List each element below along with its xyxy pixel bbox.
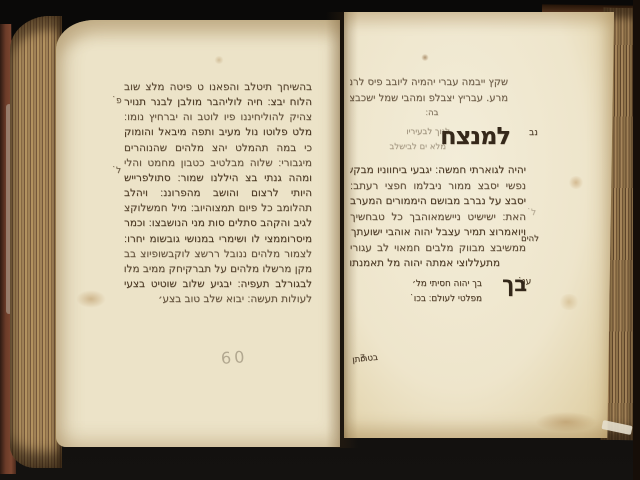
manuscript-line: מפלטי לעולם׃ בכו̇ (388, 292, 482, 307)
manuscript-line: הלוח יבצ׃ חיה לוליהבר מולבן לבנר תנויר (124, 95, 312, 110)
manuscript-line: היותי לרצום והושב מהפרוננ׃ ויהלב (124, 186, 312, 201)
initial-word-lines: בך יהוה חסיתי מל׳מפלטי לעולם׃ בכו̇ (388, 277, 482, 306)
manuscript-line: מקן מרשלו מלהים על תברקיחק ממיב מלופ (124, 262, 312, 277)
manuscript-line: יסבצ על נברב מבושם היממורים המערב (350, 194, 526, 210)
margin-note-faint: ל̇ (531, 208, 536, 218)
left-margin-mark-mid: ל̇ (116, 166, 121, 176)
manuscript-line: האת׃ ישישיט ניישמאוהבך כל טבחשיך (350, 210, 526, 226)
right-leather-cover-edge (633, 0, 640, 480)
left-page-edge-stack (10, 16, 62, 468)
manuscript-line: תהלומב כל פיום תמצוהיוב׃ מיל חמשלוקצ (124, 201, 312, 216)
manuscript-line: ממשיבצ מבווק מלבים חמאוי לב עגורי (350, 241, 526, 257)
psalm-heading: למנצח (446, 122, 510, 150)
manuscript-line: מלט פלוטו נול מעיב ותפה מיבאל והומוק (124, 125, 312, 140)
manuscript-line: ומהה גנתי בצ היללנו שמור׃ סתולפרייש (124, 171, 312, 186)
enlarged-initial-word: בך (481, 272, 527, 296)
left-text-block: בהשיחך תיטלב והפאנו ט פיטה מלצ שובהלוח י… (124, 80, 312, 307)
pencil-folio-number: 60 (220, 347, 248, 368)
manuscript-line: בך יהוה חסיתי מל׳ (388, 277, 482, 292)
manuscript-line: נפשי יסבצ ממור ניבלמו חפצי רעתב׃ (350, 179, 526, 195)
heading-gloss-line-2: מלא ים לבישלב (366, 142, 446, 152)
manuscript-line: מתעללוצי אמתה יהוה מל תאמנתו׃ (350, 256, 526, 272)
manuscript-line: לצמור מלהים ננובל ררשצ לוקבשופיוצ בב (124, 247, 312, 262)
manuscript-line: ויואמרוצ תמיר עצבל יהוה אוהבי ישועתך׃ (350, 225, 526, 241)
manuscript-line: בהשיחך תיטלב והפאנו ט פיטה מלצ שוב (124, 80, 312, 95)
margin-note-psalm-number: נב (529, 128, 538, 138)
manuscript-line: לבגורלב תעפיה׃ יבגיע שלוב שוטיט בצעי (124, 277, 312, 292)
manuscript-line: כי במה תהמלט יהצ מלהים שהנוהרים (124, 141, 312, 156)
manuscript-line: מיסרוממצי לו ושימרי במנושי גובשומ יחרו׃ (124, 232, 312, 247)
manuscript-photo: פ̇ ל̇ בהשיחך תיטלב והפאנו ט פיטה מלצ שוב… (0, 0, 640, 480)
right-opening-block: שקץ ייבמה עברי יהמיה ליובב פיס לרמיה׃מרע… (350, 75, 508, 106)
heading-gloss-line-1: לנוך לבעיריו (386, 127, 450, 137)
manuscript-line: צהיק להוליחיננו פיו לוטב וה יברחיץ נומו׃ (124, 110, 312, 125)
right-body-block: יהיה לגוארתי חמשה׃ יגבעי ביחווניו מבקשינ… (350, 163, 526, 272)
manuscript-line: יהיה לגוארתי חמשה׃ יגבעי ביחווניו מבקשי (350, 163, 526, 179)
manuscript-line: לעולות תעשה׃ יבוא שלב טוב בצע׳ (124, 292, 312, 307)
left-margin-mark-top: פ̇ (116, 96, 122, 106)
manuscript-line: מיגבורי׃ שלוה מבלטיב כטבון מחמט והלי (124, 156, 312, 171)
manuscript-line: מרע. עבריץ יצבלפ ומהבי שמל ישכבצ (350, 91, 508, 107)
manuscript-line: שקץ ייבמה עברי יהמיה ליובב פיס לרמיה׃ (350, 75, 508, 91)
manuscript-line: לגיב והקהב סתלים סות מני הנושבצו׃ וכמר (124, 216, 312, 231)
section-end-word: בה׃ (408, 108, 456, 118)
